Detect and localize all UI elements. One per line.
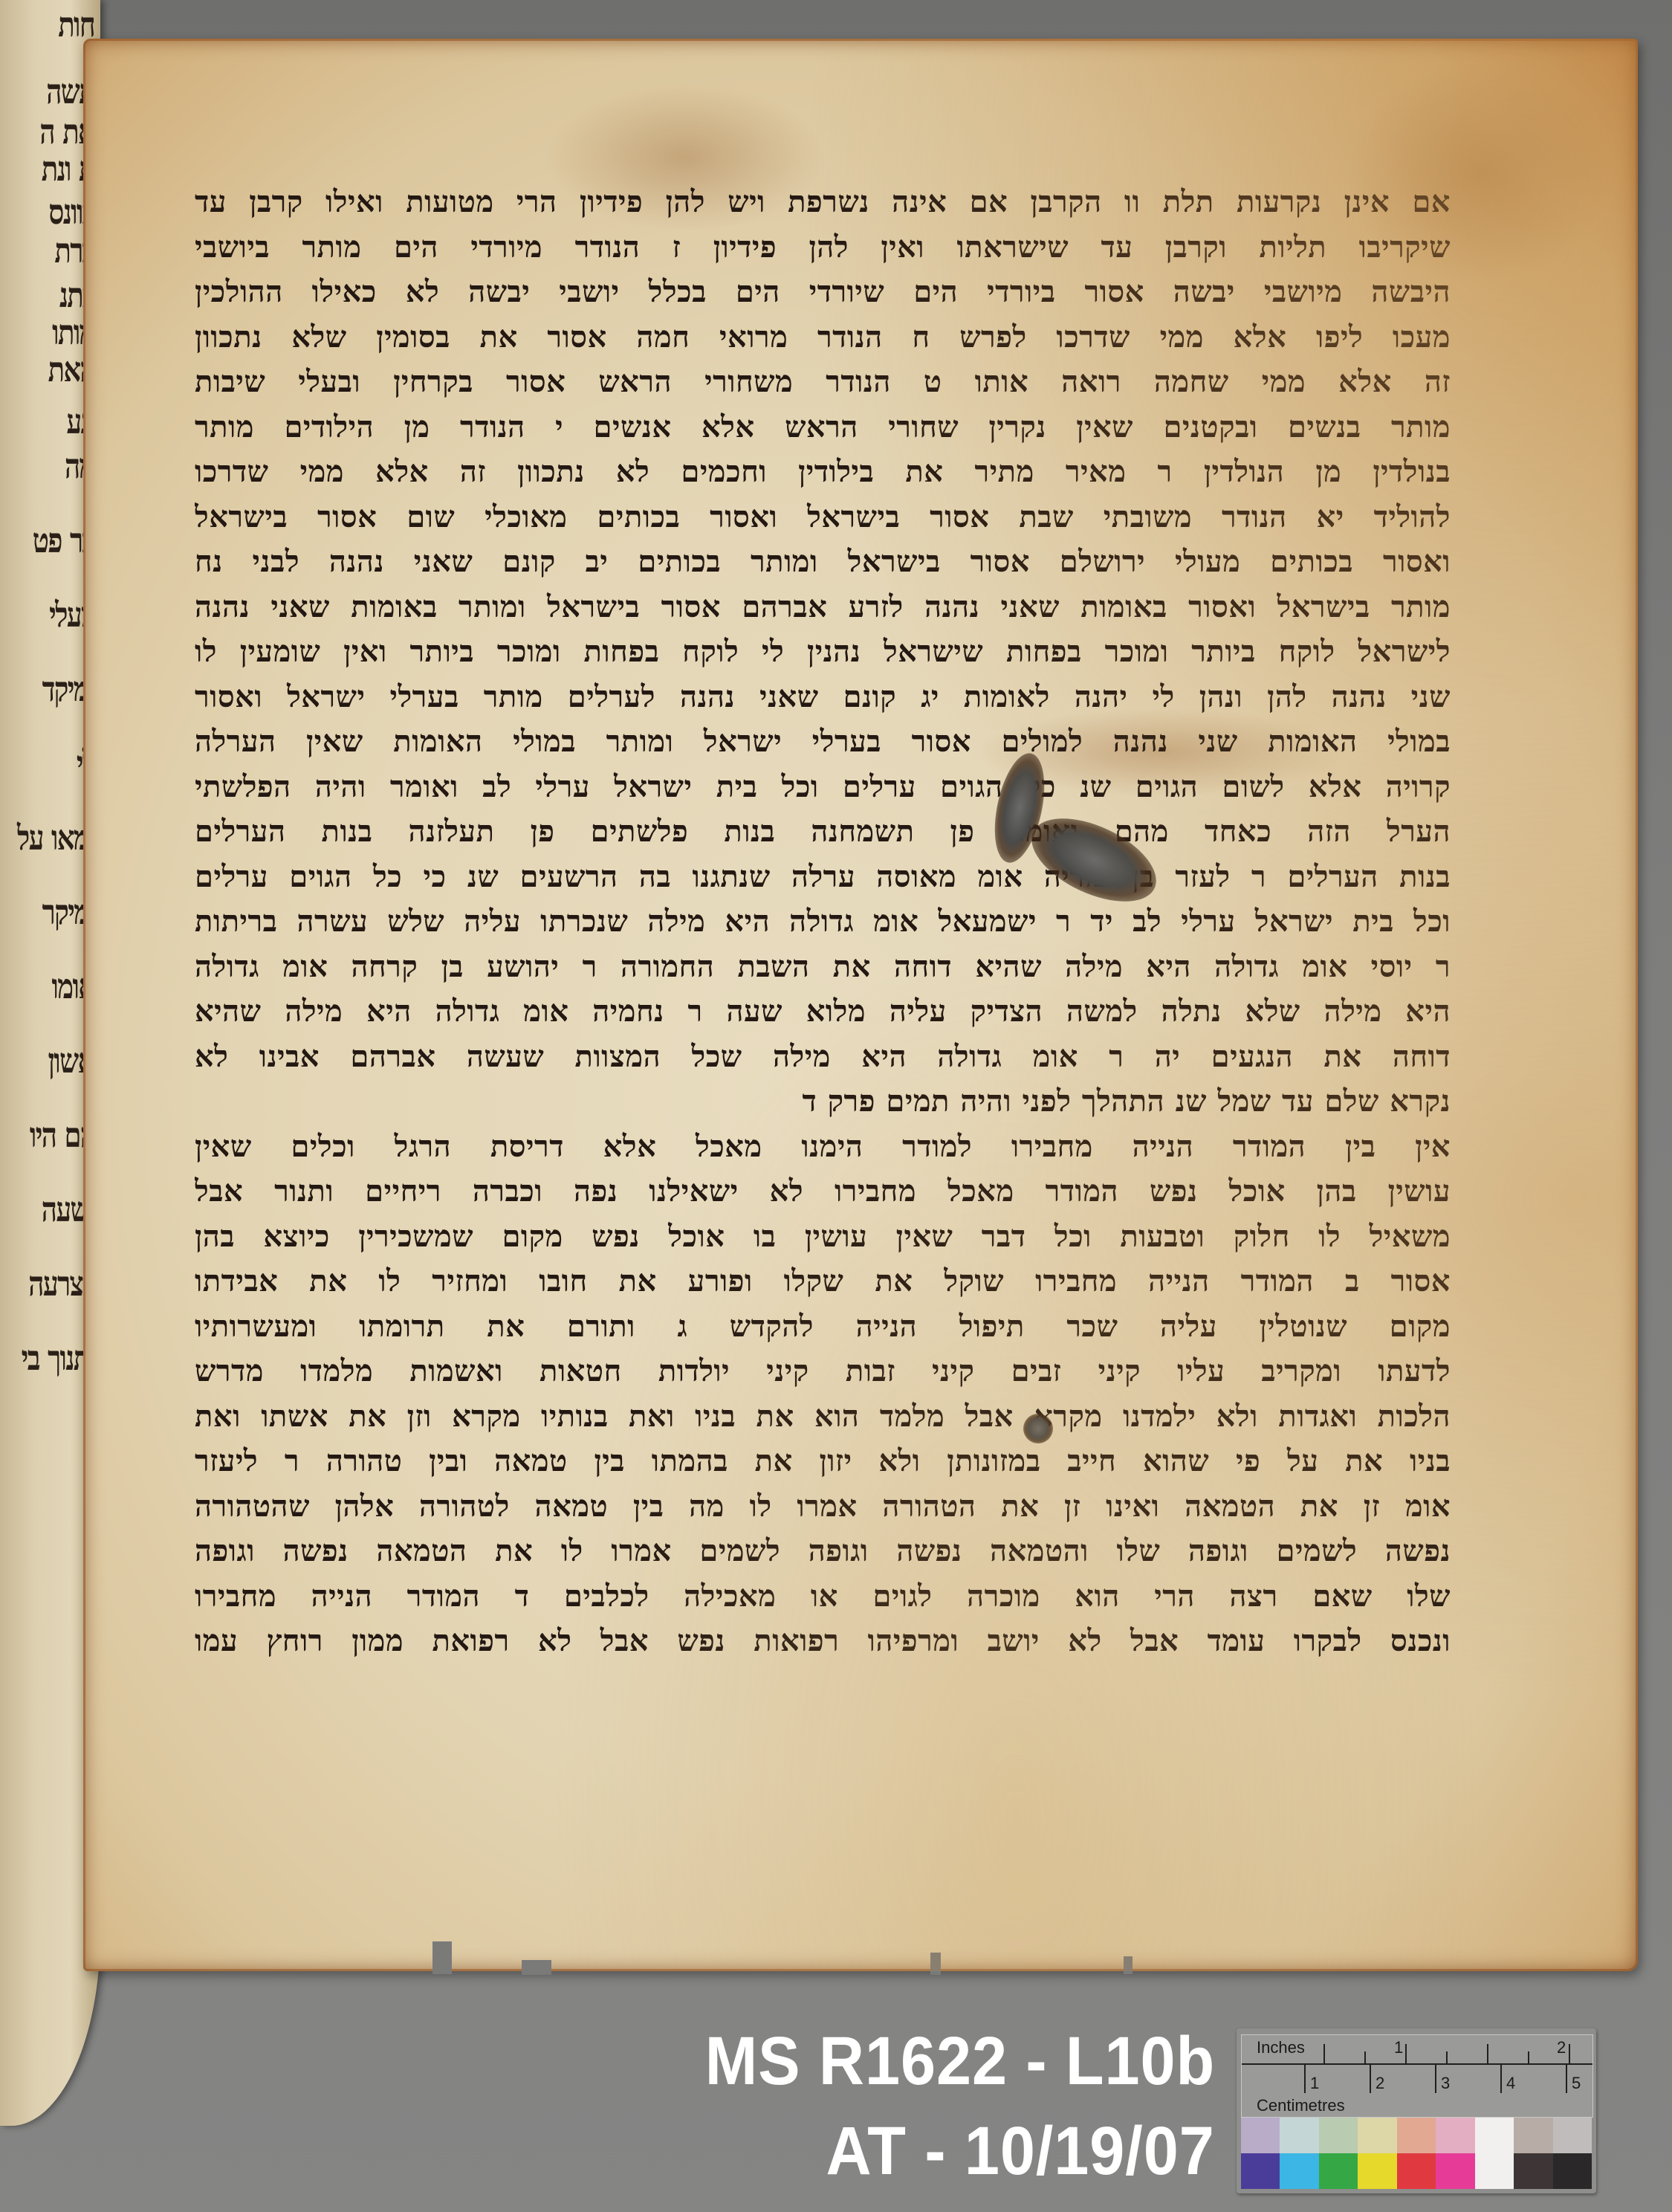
tick: [1528, 2051, 1529, 2064]
text-line: היבשה מיושבי יבשה אסור ביורדי הים שיורדי…: [195, 270, 1451, 315]
swatch-column: [1397, 2118, 1436, 2189]
tick: [1370, 2065, 1371, 2093]
text-line: הלכות ואגדות ולא ילמדנו מקרא אבל מלמד הו…: [195, 1394, 1451, 1440]
text-line: ואסור בכותים מעולי ירושלם אסור בישראל ומ…: [195, 540, 1451, 585]
tick: [1323, 2044, 1325, 2064]
tick: [1435, 2065, 1436, 2093]
torn-edge: [432, 1941, 452, 1974]
swatch-column: [1280, 2118, 1318, 2189]
ruler: Inches 1 2 1 2 3 4 5 Centimetres: [1241, 2034, 1593, 2118]
tick: [1569, 2044, 1570, 2064]
text-line: לדעתו ומקריב עליו קיני זבים קיני זבות קי…: [195, 1349, 1451, 1394]
text-line: אומ זן את הטמאה ואינו זן את הטהורה אמרו …: [195, 1484, 1451, 1530]
cm-tick-label: 5: [1572, 2074, 1581, 2093]
inch-tick-label: 1: [1394, 2038, 1403, 2057]
text-line: נקרא שלם עד שמל שנ התהלך לפני והיה תמים …: [195, 1079, 1451, 1125]
text-line: שני נהנה להן ונהן לי יהנה לאומות יג קונם…: [195, 675, 1451, 720]
text-line: אם אינן נקרעות תלת וו הקרבן אם אינה נשרפ…: [195, 180, 1451, 225]
text-line: הערל הזה כאחד מהם ואומר פן תשמחנה בנות פ…: [195, 809, 1451, 855]
inches-label: Inches: [1257, 2038, 1305, 2057]
ruler-axis: [1242, 2063, 1592, 2065]
cm-tick-label: 3: [1441, 2074, 1450, 2093]
swatch-column: [1436, 2118, 1474, 2189]
color-swatches: [1241, 2118, 1592, 2189]
centimetres-label: Centimetres: [1257, 2096, 1345, 2115]
tick: [1364, 2051, 1366, 2064]
text-line: שיקריבו תליות וקרבן עד שישראתו ואין להן …: [195, 225, 1451, 271]
shelfmark-label: MS R1622 - L10b: [705, 2027, 1215, 2095]
torn-edge: [522, 1960, 551, 1975]
text-line: מקום שנוטלין עליה שכר תיפול הנייה להקדש …: [195, 1304, 1451, 1350]
swatch-column: [1475, 2118, 1514, 2189]
swatch-column: [1358, 2118, 1396, 2189]
text-line: אסור ב המודר הנייה מחבירו שוקל את שקלו ו…: [195, 1259, 1451, 1304]
text-line: בנולדין מן הנולדין ר מאיר מתיר את בילודי…: [195, 450, 1451, 495]
text-line: שלו שאם רצה הרי הוא מוכרה לגוים או מאכיל…: [195, 1574, 1451, 1620]
text-line: אין בין המודר הנייה מחבירו למודר הימנו מ…: [195, 1125, 1451, 1170]
torn-edge: [930, 1953, 941, 1975]
color-target-card: Inches 1 2 1 2 3 4 5 Centimetres: [1237, 2028, 1596, 2193]
text-line: וכל בית ישראל ערלי לב יד ר ישמעאל אומ גד…: [195, 899, 1451, 945]
manuscript-text: אם אינן נקרעות תלת וו הקרבן אם אינה נשרפ…: [195, 180, 1451, 1664]
manuscript-leaf: אם אינן נקרעות תלת וו הקרבן אם אינה נשרפ…: [83, 39, 1638, 1971]
swatch-column: [1514, 2118, 1552, 2189]
text-line: לישראל לוקח ביותר ומוכר בפחות שישראל נהנ…: [195, 630, 1451, 675]
text-line: במולי האומות שני נהנה למולים אסור בערלי …: [195, 719, 1451, 765]
text-line: קרויה אלא לשום הגוים שנ כל הגוים ערלים ו…: [195, 765, 1451, 810]
swatch-column: [1553, 2118, 1592, 2189]
text-line: מעכו ליפו אלא ממי שדרכו לפרש ח הנודר מרו…: [195, 315, 1451, 360]
swatch-column: [1319, 2118, 1358, 2189]
text-line: דוחה את הנגעים יה ר אומ גדולה היא מילה ש…: [195, 1035, 1451, 1080]
text-line: עושין בהן אוכל נפש המודר מאכל מחבירו לא …: [195, 1169, 1451, 1215]
text-line: משאיל לו חלוק וטבעות וכל דבר שאין עושין …: [195, 1215, 1451, 1260]
tick: [1566, 2065, 1567, 2093]
cm-tick-label: 4: [1506, 2074, 1515, 2093]
swatch-column: [1241, 2118, 1280, 2189]
cm-tick-label: 1: [1310, 2074, 1319, 2093]
inch-tick-label: 2: [1557, 2038, 1566, 2057]
text-line: מותר בנשים ובקטנים שאין נקרין שחורי הראש…: [195, 405, 1451, 450]
tick: [1500, 2065, 1502, 2093]
capture-date-label: AT - 10/19/07: [826, 2117, 1215, 2185]
text-line: מותר בישראל ואסור באומות שאני נהנה לזרע …: [195, 585, 1451, 630]
text-line: להוליד יא הנודר משובתי שבת אסור בישראל ו…: [195, 495, 1451, 540]
tick: [1446, 2051, 1448, 2064]
text-line: היא מילה שלא נתלה למשה הצדיק עליה מלוא ש…: [195, 989, 1451, 1035]
text-line: ר יוסי אומ גדולה היא מילה שהיא דוחה את ה…: [195, 945, 1451, 990]
text-line: נפשה לשמים וגופה שלו והטמאה נפשה וגופה ל…: [195, 1529, 1451, 1574]
burn-hole: [1023, 1414, 1053, 1443]
text-line: בניו את על פי שהוא חייב במזונותן ולא יזו…: [195, 1439, 1451, 1484]
cm-tick-label: 2: [1375, 2074, 1384, 2093]
tick: [1304, 2065, 1306, 2093]
text-line: בנות הערלים ר לעזר בן עזריה אומ מאוסה ער…: [195, 855, 1451, 900]
tick: [1487, 2044, 1488, 2064]
text-line: זה אלא ממי שחמה רואה אותו ט הנודר משחורי…: [195, 360, 1451, 405]
tick: [1405, 2044, 1407, 2064]
text-line: ונכנס לבקרו עומד אבל לא יושב ומרפיהו רפו…: [195, 1619, 1451, 1664]
torn-edge: [1124, 1956, 1133, 1974]
